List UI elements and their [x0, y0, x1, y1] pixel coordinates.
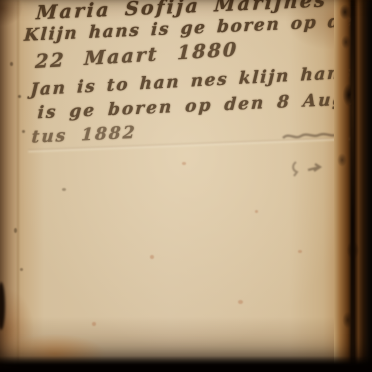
- foxing-fleck: [255, 210, 258, 213]
- ink-speck: [22, 130, 25, 133]
- foxing-fleck: [298, 250, 302, 253]
- foxing-fleck: [182, 162, 186, 165]
- ink-speck: [14, 228, 17, 233]
- book-photo: Maria Sofija Marijnes Klijn hans is ge b…: [0, 0, 372, 372]
- foxing-fleck: [238, 300, 243, 304]
- bottom-shadow: [0, 356, 372, 372]
- ink-speck: [10, 62, 13, 66]
- binding-shadow-line: [351, 0, 354, 372]
- foxing-fleck: [92, 322, 96, 326]
- ink-speck: [18, 95, 21, 98]
- handwriting-block: Maria Sofija Marijnes Klijn hans is ge b…: [0, 0, 351, 172]
- foxing-fleck: [150, 255, 154, 259]
- ink-smudge: [288, 158, 328, 180]
- ink-speck: [62, 188, 66, 191]
- ink-speck: [20, 268, 23, 271]
- edge-ink-blotch: [0, 282, 5, 330]
- handwriting-line: tus 1882: [31, 123, 137, 148]
- manuscript-page: Maria Sofija Marijnes Klijn hans is ge b…: [0, 0, 340, 368]
